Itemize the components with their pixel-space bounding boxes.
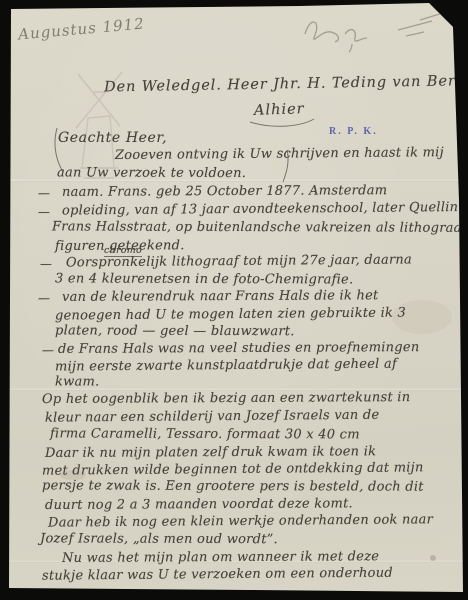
letter-line-text: Frans Halsstraat, op buitenlandsche vakr…: [52, 219, 467, 235]
list-dash: —: [42, 343, 54, 357]
letter-line-text: figuren geteekend.: [55, 238, 185, 254]
letter-line-text: kwam.: [55, 374, 100, 389]
letter-body: Zooeven ontving ik Uw schrijven en haast…: [0, 0, 468, 600]
list-dash: —: [40, 257, 52, 271]
letter-line-text: Op het oogenblik ben ik bezig aan een zw…: [42, 390, 410, 407]
letter-line-text: genoegen had U te mogen laten zien gebru…: [55, 305, 406, 323]
letter-line: stukje klaar was U te verzoeken om een o…: [0, 565, 468, 587]
letter-line: Frans Halsstraat, op buitenlandsche vakr…: [0, 219, 468, 239]
letter-line-text: platen, rood — geel — blauwzwart.: [55, 323, 295, 339]
list-dash: —: [38, 186, 50, 200]
letter-line-text: Jozef Israels, „als men oud wordt”.: [40, 531, 278, 547]
letter-line-text: stukje klaar was U te verzoeken om een o…: [42, 566, 393, 584]
letter-line-text: Nu was het mijn plan om wanneer ik met d…: [62, 549, 379, 566]
letter-line-text: Oorspronkelijk lithograaf tot mijn 27e j…: [66, 252, 412, 270]
list-dash: —: [38, 205, 50, 219]
letter-line-text: mijn eerste zwarte kunstplaatdrukje dat …: [55, 357, 397, 375]
letter-line-text: duurt nog 2 a 3 maanden voordat deze kom…: [45, 496, 353, 513]
letter-line-text: opleiding, van af 13 jaar avondteekensch…: [62, 200, 468, 219]
letter-line-text: de Frans Hals was na veel studies en pro…: [58, 340, 420, 357]
letter-line-text: naam. Frans. geb 25 October 1877. Amster…: [62, 183, 387, 200]
letter-line: persje te zwak is. Een grootere pers is …: [0, 478, 468, 498]
letter-line: Zooeven ontving ik Uw schrijven en haast…: [0, 145, 468, 167]
letter-line-text: Zooeven ontving ik Uw schrijven en haast…: [115, 145, 444, 163]
letter-line: firma Caramelli, Tessaro. formaat 30 x 4…: [0, 426, 468, 446]
letter-line-text: persje te zwak is. Een grootere pers is …: [42, 478, 424, 494]
letter-line-text: van de kleurendruk naar Frans Hals die i…: [62, 288, 379, 305]
letter-line-text: Daar ik nu mijn platen zelf druk kwam ik…: [45, 444, 376, 461]
letter-line-text: aan Uw verzoek te voldoen.: [57, 165, 246, 181]
letter-line-text: 3 en 4 kleurenetsen in de foto-Chemigraf…: [55, 271, 353, 287]
letter-line-text: kleur naar een schilderij van Jozef Isra…: [45, 408, 380, 426]
photograph-of-letter: Augustus 1912 Den Weledgel. Heer Jhr. H.…: [0, 0, 468, 600]
letter-line: Jozef Israels, „als men oud wordt”.: [0, 531, 468, 551]
letter-line-text: firma Caramelli, Tessaro. formaat 30 x 4…: [50, 426, 360, 442]
list-dash: —: [38, 291, 50, 305]
letter-line-text: Daar heb ik nog een klein werkje onderha…: [48, 512, 433, 530]
letter-paper: Augustus 1912 Den Weledgel. Heer Jhr. H.…: [0, 0, 468, 600]
letter-line-text: met drukken wilde beginnen tot de ontdek…: [42, 460, 424, 478]
letter-line: aan Uw verzoek te voldoen.: [0, 165, 468, 185]
